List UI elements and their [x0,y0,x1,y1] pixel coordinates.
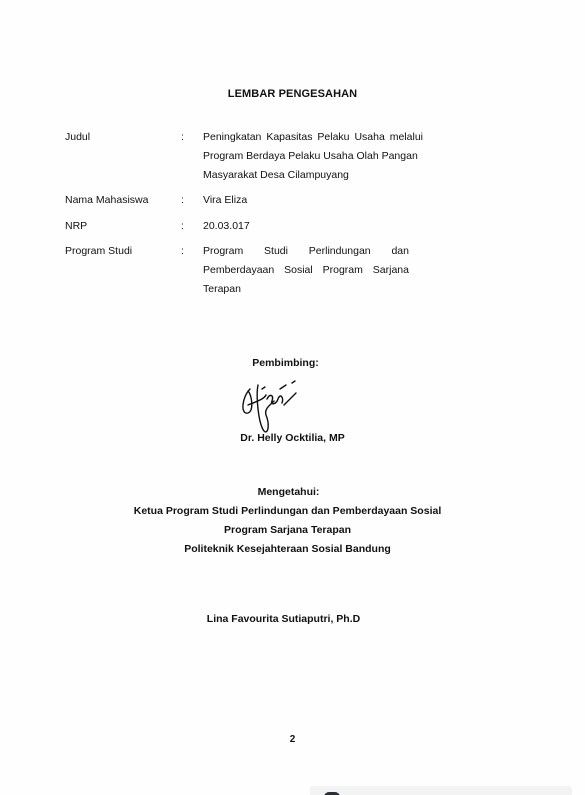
value-word: Usaha [354,128,384,147]
advisor-heading: Pembimbing: [0,357,578,369]
value-word: Kapasitas [266,128,312,147]
signature-image [236,375,306,435]
value-word: Perlindungan [309,242,371,261]
value-word: Program [203,242,243,261]
value-line: 20.03.017 [203,217,409,236]
value-line: Terapan [203,280,409,299]
value-word: Program [323,261,363,280]
value-word: melalui [390,128,423,147]
value-line: Vira Eliza [203,191,409,210]
value-line: PemberdayaanSosialProgramSarjana [203,261,409,280]
approver-name: Lina Favourita Sutiaputri, Ph.D [0,613,576,625]
field-label: NRP [65,217,185,236]
value-word: Peningkatan [203,128,261,147]
document-page: LEMBAR PENGESAHAN Judul : PeningkatanKap… [0,0,585,795]
field-value: Vira Eliza [203,191,409,210]
value-word: dan [391,242,409,261]
field-label: Judul [65,128,185,147]
floating-toolbar[interactable] [310,786,572,795]
field-value: PeningkatanKapasitasPelakuUsahamelalui P… [203,128,423,185]
field-value: 20.03.017 [203,217,409,236]
field-value: ProgramStudiPerlindungandan Pemberdayaan… [203,242,409,299]
value-line: ProgramStudiPerlindungandan [203,242,409,261]
field-colon: : [181,242,184,261]
value-word: Sosial [284,261,313,280]
value-word: Pemberdayaan [203,261,274,280]
page-number: 2 [0,734,585,745]
value-line: PeningkatanKapasitasPelakuUsahamelalui [203,128,423,147]
field-colon: : [181,128,184,147]
approval-heading: Mengetahui: [0,486,581,498]
field-label: Program Studi [65,242,185,261]
value-word: Sarjana [373,261,409,280]
approval-line: Politeknik Kesejahteraan Sosial Bandung [0,543,580,555]
approval-line: Program Sarjana Terapan [0,524,580,536]
advisor-name: Dr. Helly Ocktilia, MP [0,432,585,444]
field-label: Nama Mahasiswa [65,191,185,210]
field-colon: : [181,217,184,236]
value-word: Pelaku [317,128,349,147]
field-colon: : [181,191,184,210]
value-line: Program Berdaya Pelaku Usaha Olah Pangan [203,147,423,166]
approval-line: Ketua Program Studi Perlindungan dan Pem… [0,505,580,517]
value-line: Masyarakat Desa Cilampuyang [203,166,423,185]
value-word: Studi [264,242,288,261]
page-title: LEMBAR PENGESAHAN [0,88,585,100]
